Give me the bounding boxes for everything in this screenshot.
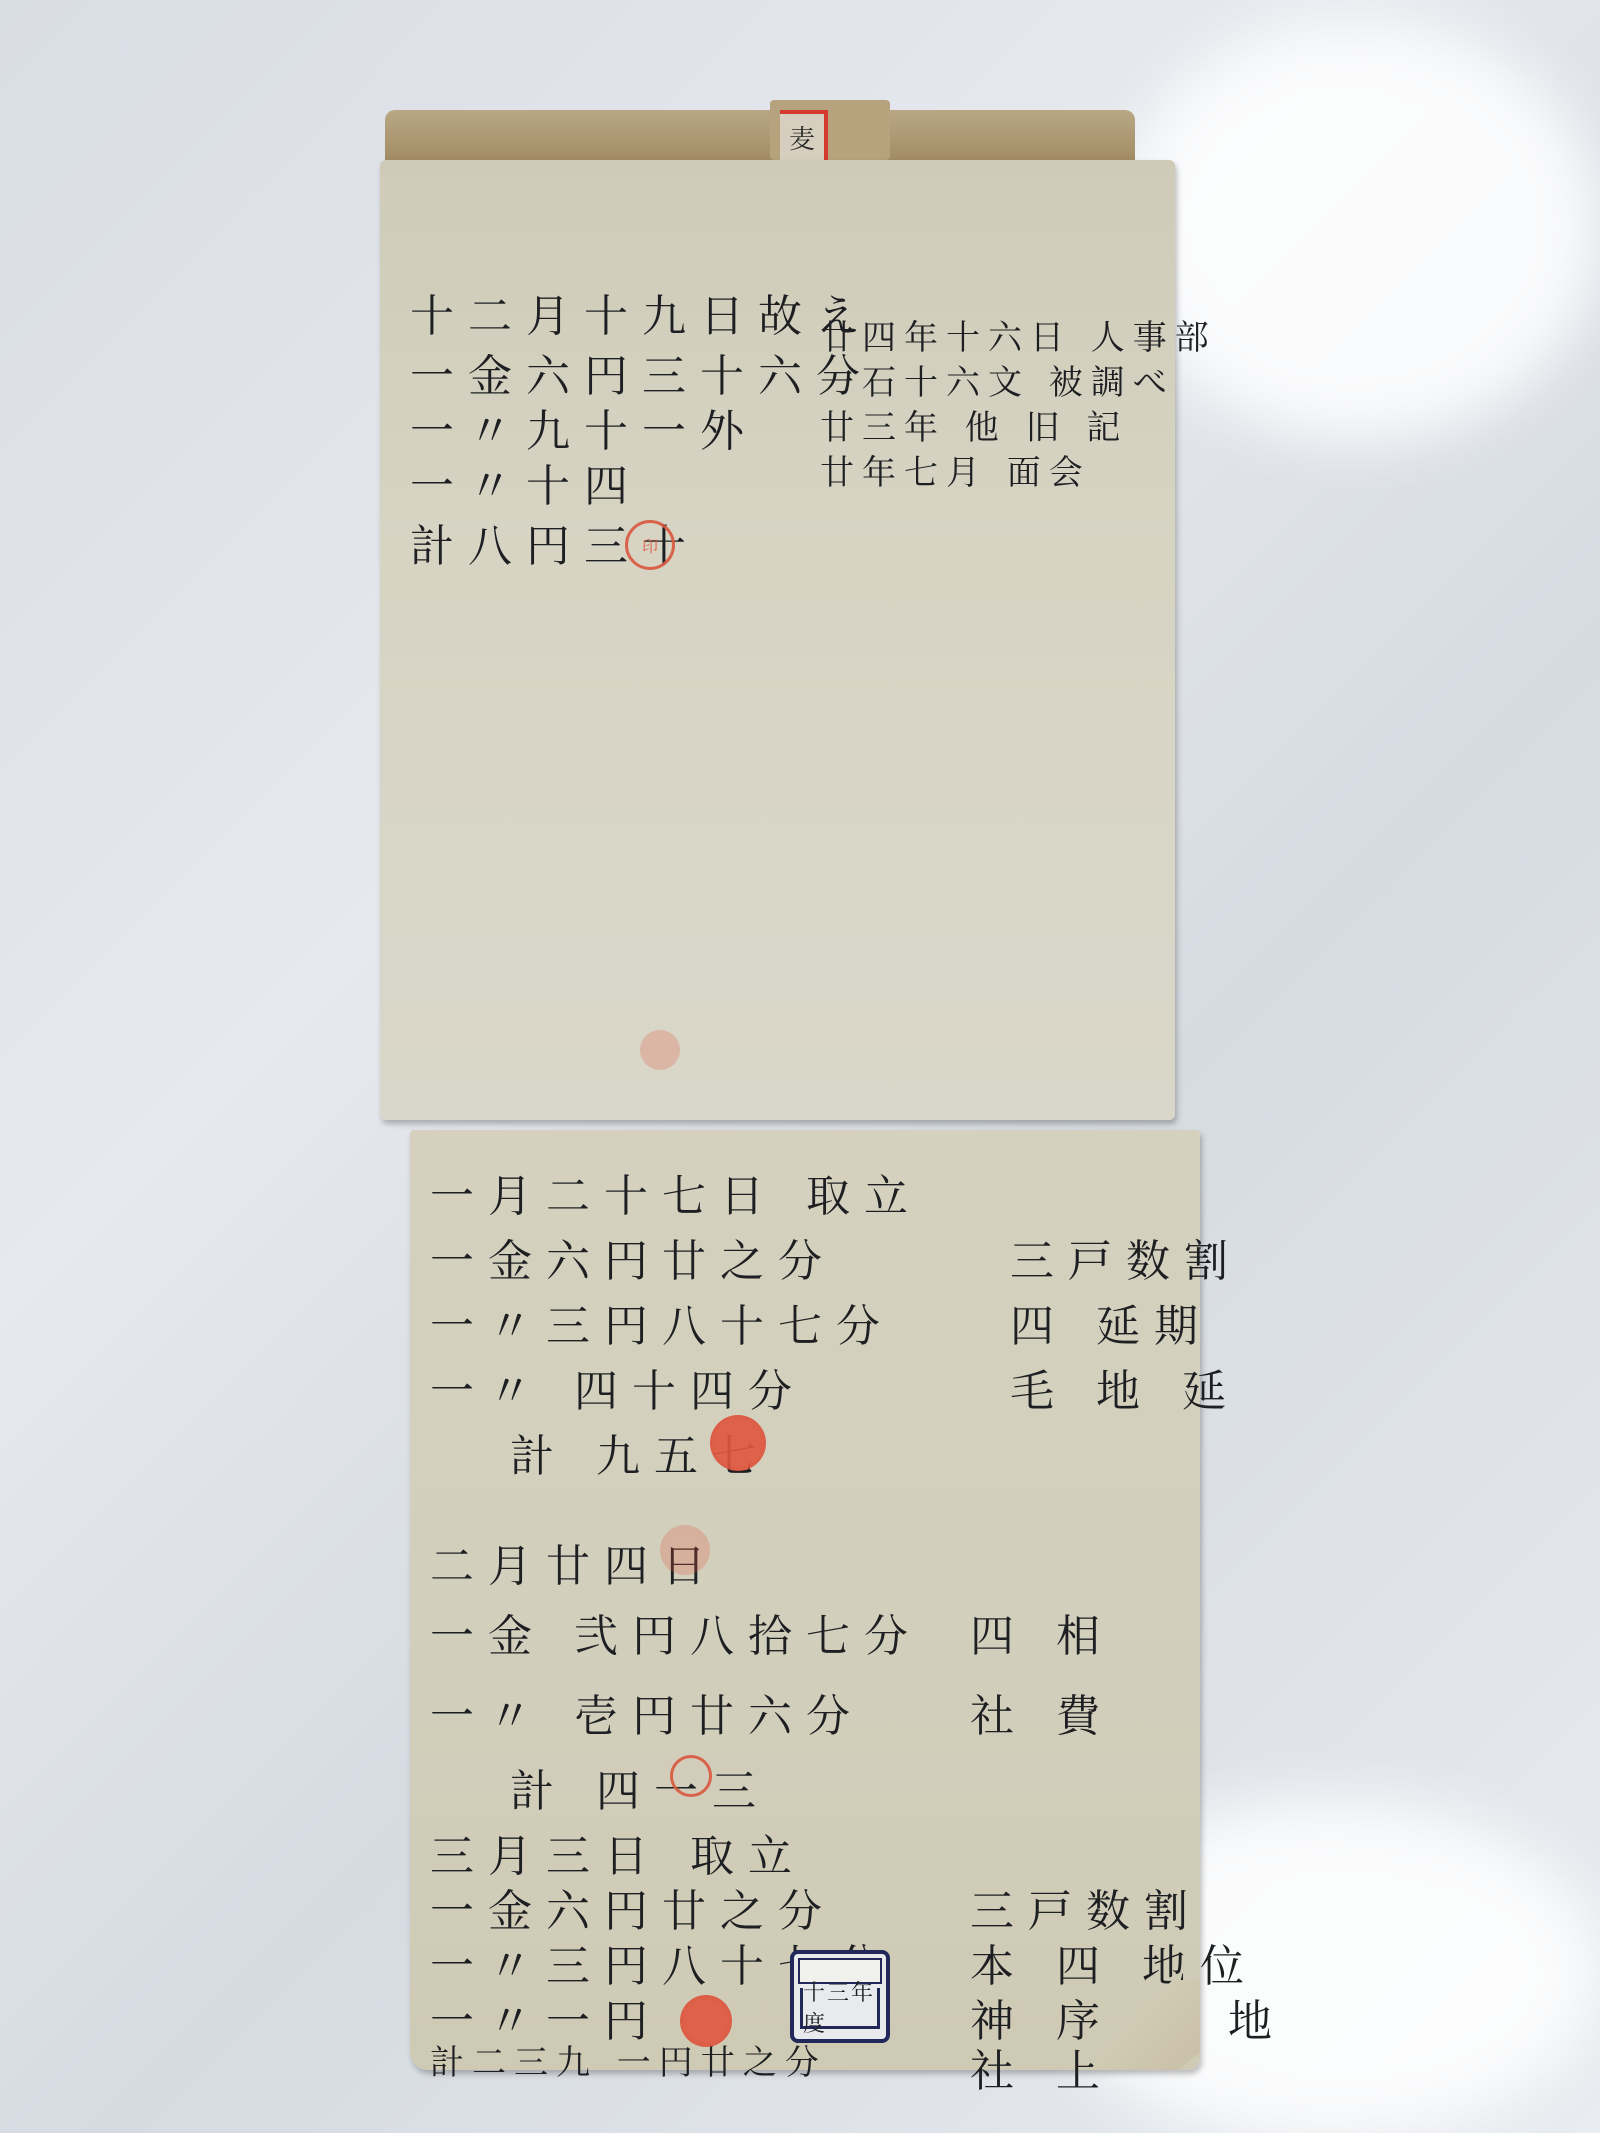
bleed-through-seal [660,1525,710,1575]
seal-stamp [710,1415,766,1471]
text-column: 一〃 壱円廿六分 [430,1680,864,1744]
archive-tag: 十三年度 [790,1950,890,2043]
tag-label: 十三年度 [800,1988,880,2029]
text-column: 計 四一三 [510,1755,770,1819]
text-column: 社 費 [970,1680,1114,1744]
red-label: 麦 [780,110,828,164]
text-column: 一〃十四 [410,450,642,514]
text-column: 一〃 四十四分 [430,1355,806,1419]
text-column: 一月二十七日 取立 [430,1160,922,1224]
text-column: 四 延期 [1010,1290,1212,1354]
text-column: 一金 弐円八拾七分 [430,1600,922,1664]
text-column: 一金六円廿之分 [430,1225,836,1289]
text-column: 一石十六文 被調べ [820,355,1175,404]
background-glare [1120,20,1600,440]
notebook: 麦 十二月十九日故え 一金六円三十六分 一〃九十一外 一〃十四 計八円三十 印 … [380,100,1180,2050]
text-column: 毛 地 延 [1010,1355,1240,1419]
text-column: 十二月十九日故え [410,280,874,344]
page-bottom: 一月二十七日 取立 一金六円廿之分 一〃三円八十七分 一〃 四十四分 計 九五七… [410,1130,1200,2070]
page-top: 十二月十九日故え 一金六円三十六分 一〃九十一外 一〃十四 計八円三十 印 廿四… [380,160,1175,1120]
text-column: 四 相 [970,1600,1114,1664]
text-column: 一〃三円八十七分 [430,1290,894,1354]
text-column: 計二三九 一円廿之分 [430,2035,827,2084]
text-column: 社 上 [970,2035,1114,2099]
text-column: 廿三年 他 旧 記 [820,400,1128,449]
text-column: 廿四年十六日 人事部 [820,310,1217,359]
seal-stamp [670,1755,712,1797]
seal-stamp [680,1995,732,2047]
text-column: 三戸数割 [1010,1225,1242,1289]
bleed-through-seal [640,1030,680,1070]
seal-stamp: 印 [625,520,675,570]
text-column: 廿年七月 面会 [820,445,1091,494]
